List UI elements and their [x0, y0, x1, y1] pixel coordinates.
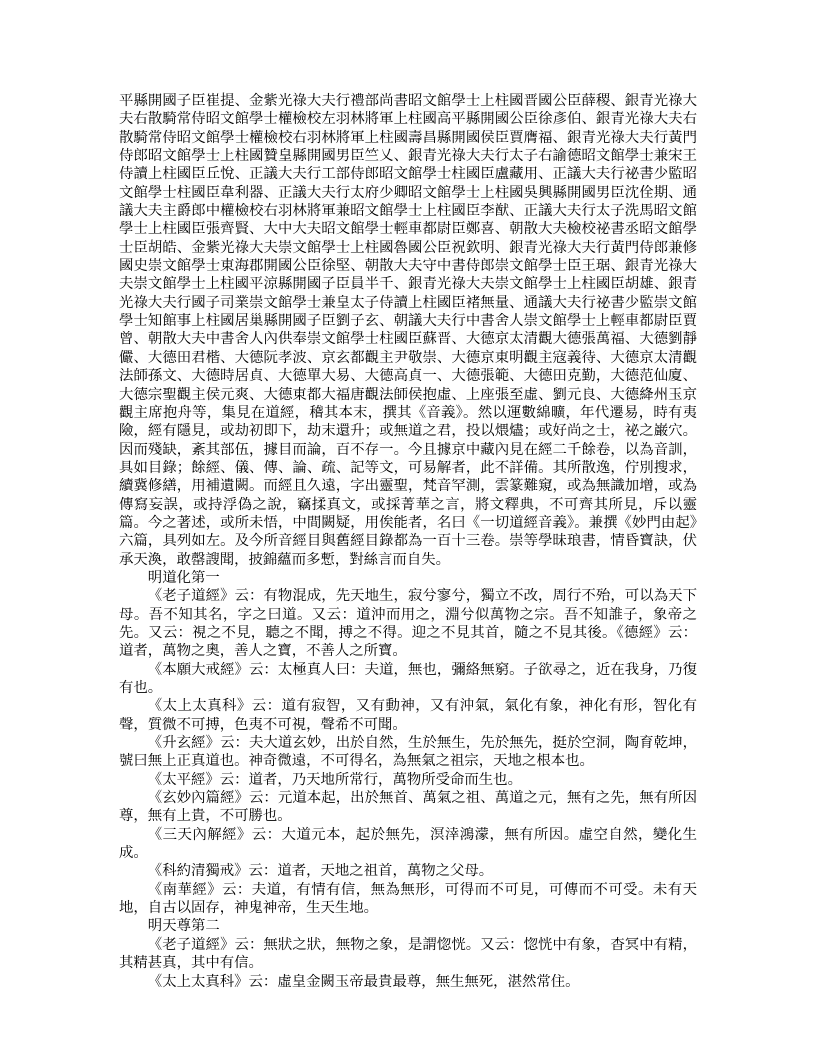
section-heading-ming-daohua: 明道化第一	[119, 569, 697, 587]
quote-shengxuan-jing: 《升玄經》云：夫大道玄妙，出於自然，生於無生，先於無先，挺於空洞，陶育乾坤，號曰…	[119, 734, 697, 771]
quote-keyue-qingdu-jie: 《科約清獨戒》云：道者，天地之祖首，萬物之父母。	[119, 862, 697, 880]
quote-santian-neijie-jing: 《三天內解經》云：大道元本，起於無先，溟涬鴻濛，無有所因。虛空自然，變化生成。	[119, 826, 697, 863]
quote-taishang-taizhen-ke-1: 《太上太真科》云：道有寂智，又有動神，又有沖氣，氣化有象，神化有形，智化有聲，質…	[119, 697, 697, 734]
section-heading-ming-tianzun: 明天尊第二	[119, 917, 697, 935]
paragraph-officials-preface: 平縣開國子臣崔提、金紫光祿大夫行禮部尚書昭文館學士上柱國晋國公臣薛稷、銀青光祿大…	[119, 92, 697, 569]
document-page: 平縣開國子臣崔提、金紫光祿大夫行禮部尚書昭文館學士上柱國晋國公臣薛稷、銀青光祿大…	[0, 0, 816, 1056]
quote-taishang-taizhen-ke-2: 《太上太真科》云：虛皇金闕玉帝最貴最尊，無生無死，湛然常住。	[119, 973, 697, 991]
quote-nanhua-jing: 《南華經》云：夫道，有情有信，無為無形，可得而不可見，可傳而不可受。未有天地，自…	[119, 881, 697, 918]
quote-laozi-daojing-1: 《老子道經》云：有物混成，先天地生，寂兮寥兮，獨立不改，周行不殆，可以為天下母。…	[119, 587, 697, 660]
text-block: 平縣開國子臣崔提、金紫光祿大夫行禮部尚書昭文館學士上柱國晋國公臣薛稷、銀青光祿大…	[119, 92, 697, 991]
quote-benyuan-dajie-jing: 《本願大戒經》云：太極真人曰：夫道，無也，彌絡無窮。子欲尋之，近在我身，乃復有也…	[119, 661, 697, 698]
quote-xuanmiao-neipian-jing: 《玄妙內篇經》云：元道本起，出於無首、萬氣之祖、萬道之元，無有之先，無有所因尊，…	[119, 789, 697, 826]
quote-taiping-jing: 《太平經》云：道者，乃天地所常行，萬物所受命而生也。	[119, 771, 697, 789]
quote-laozi-daojing-2: 《老子道經》云：無狀之狀，無物之象，是謂惚恍。又云：惚恍中有象，杳冥中有精，其精…	[119, 936, 697, 973]
